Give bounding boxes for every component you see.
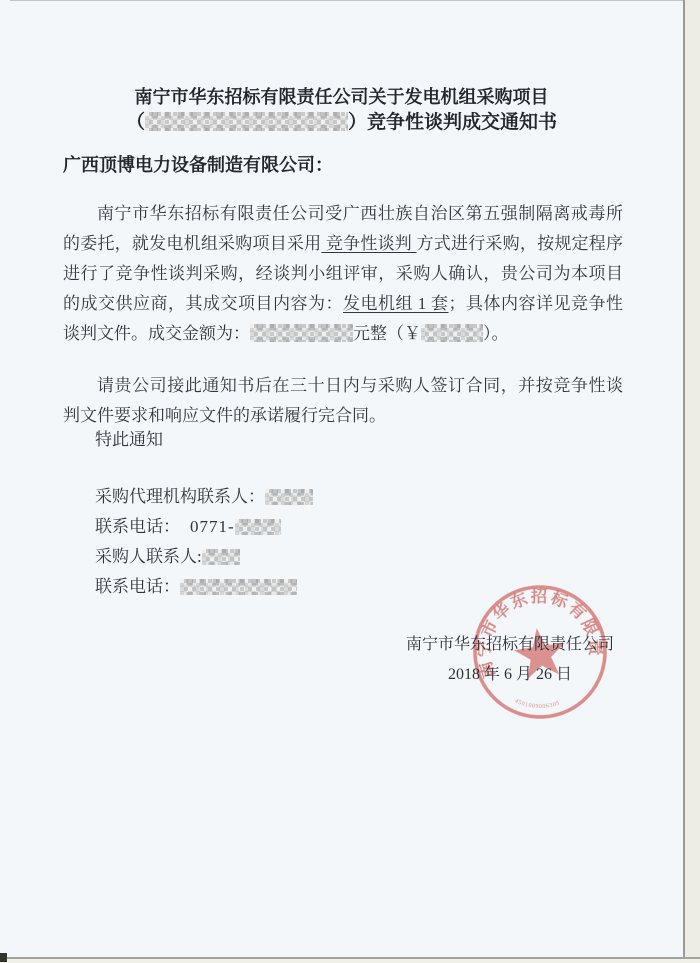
signing-date: 2018 年 6 月 26 日	[395, 660, 625, 690]
purchaser-phone-row: 联系电话：	[95, 572, 313, 602]
signature-block: 南宁市华东招标有限责任公司 2018 年 6 月 26 日	[395, 630, 625, 690]
redacted-amount-chinese	[250, 324, 353, 342]
p1-segment-4: 元整（￥	[353, 324, 421, 343]
redacted-project-number	[145, 112, 348, 131]
scan-bottom-edge-line	[0, 957, 700, 959]
redacted-purchaser-contact-name	[202, 549, 240, 565]
contract-paragraph: 请贵公司接此通知书后在三十日内与采购人签订合同，并按竞争性谈判文件要求和响应文件…	[63, 371, 623, 431]
redacted-agency-contact-name	[265, 489, 313, 505]
scan-corner-mark	[0, 953, 7, 962]
agency-phone-prefix: 0771-	[190, 517, 235, 536]
title-line2: （）竞争性谈判成交通知书	[0, 110, 683, 136]
title-line1: 南宁市华东招标有限责任公司关于发电机组采购项目	[0, 84, 683, 110]
underlined-award-content: 发电机组 1 套	[343, 294, 449, 313]
title-line2-suffix: ）竞争性谈判成交通知书	[348, 112, 557, 133]
signing-company-name: 南宁市华东招标有限责任公司	[395, 630, 625, 660]
svg-text:4501009006305: 4501009006305	[513, 692, 561, 714]
scan-bottom-strip	[0, 959, 700, 963]
main-paragraph: 南宁市华东招标有限责任公司受广西壮族自治区第五强制隔离戒毒所的委托，就发电机组采…	[63, 199, 623, 349]
purchaser-contact-row: 采购人联系人:	[95, 542, 313, 572]
p1-segment-5: ）。	[483, 324, 509, 343]
document-title: 南宁市华东招标有限责任公司关于发电机组采购项目 （）竞争性谈判成交通知书	[0, 84, 683, 136]
agency-contact-row: 采购代理机构联系人：	[95, 482, 313, 512]
recipient-line: 广西顶博电力设备制造有限公司：	[63, 152, 333, 178]
redacted-purchaser-phone	[180, 579, 297, 595]
scanner-background-strip	[685, 0, 700, 963]
underlined-procurement-method: 竞争性谈判	[321, 234, 416, 253]
redacted-amount-numeric	[421, 324, 483, 342]
agency-phone-row: 联系电话：0771-	[95, 512, 313, 542]
purchaser-contact-label: 采购人联系人:	[95, 547, 202, 566]
agency-contact-label: 采购代理机构联系人：	[95, 487, 265, 506]
scan-top-edge-line	[10, 0, 683, 1]
contacts-block: 采购代理机构联系人： 联系电话：0771- 采购人联系人: 联系电话：	[95, 482, 313, 602]
purchaser-phone-label: 联系电话：	[95, 577, 180, 596]
redacted-agency-phone	[235, 519, 281, 535]
scanned-page: 南宁市华东招标有限责任公司关于发电机组采购项目 （）竞争性谈判成交通知书 广西顶…	[0, 0, 700, 963]
notice-line: 特此通知	[95, 425, 163, 455]
title-paren-open: （	[126, 112, 145, 133]
seal-serial-number: 4501009006305	[513, 692, 561, 714]
agency-phone-label: 联系电话：	[95, 517, 180, 536]
